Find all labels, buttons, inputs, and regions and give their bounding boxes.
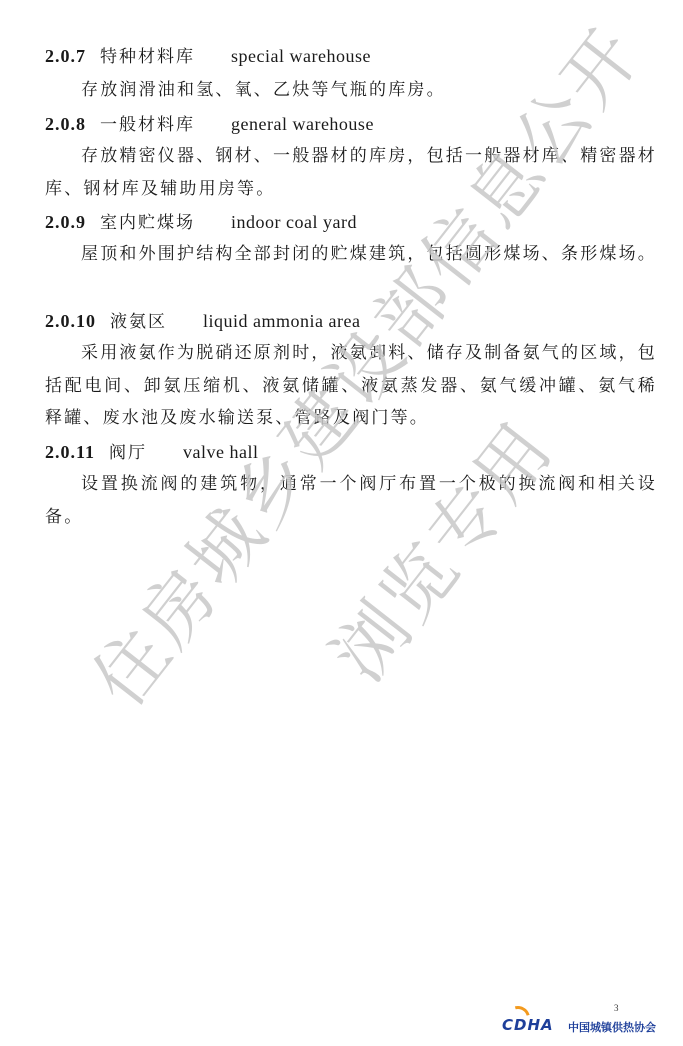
term-en: indoor coal yard (231, 210, 357, 234)
term-en: special warehouse (231, 44, 371, 68)
org-name: 中国城镇供热协会 (568, 1019, 656, 1035)
term-heading-2-0-7: 2.0.7特种材料库special warehouse (45, 44, 371, 69)
logo-text: CDHA (502, 1016, 554, 1034)
clause-number: 2.0.9 (45, 210, 86, 234)
term-en: general warehouse (231, 112, 374, 136)
term-definition: 设置换流阀的建筑物，通常一个阀厅布置一个极的换流阀和相关设备。 (45, 468, 657, 533)
term-heading-2-0-9: 2.0.9室内贮煤场indoor coal yard (45, 210, 357, 235)
term-definition: 存放精密仪器、钢材、一般器材的库房，包括一般器材库、精密器材库、钢材库及辅助用房… (45, 140, 657, 205)
term-definition: 采用液氨作为脱硝还原剂时，液氨卸料、储存及制备氨气的区域，包括配电间、卸氨压缩机… (45, 337, 657, 435)
term-heading-2-0-11: 2.0.11阀厅valve hall (45, 440, 259, 465)
footer-logo: CDHA 中国城镇供热协会 (500, 1006, 656, 1036)
term-zh: 特种材料库 (100, 45, 195, 69)
clause-number: 2.0.8 (45, 112, 86, 136)
page-number: 3 (614, 1003, 619, 1013)
term-zh: 室内贮煤场 (100, 211, 195, 235)
watermark-line2: 浏览专用 (304, 395, 573, 699)
term-definition: 存放润滑油和氢、氧、乙炔等气瓶的库房。 (45, 74, 657, 107)
cdha-logo-icon: CDHA (500, 1006, 560, 1036)
clause-number: 2.0.11 (45, 440, 95, 464)
term-heading-2-0-8: 2.0.8一般材料库general warehouse (45, 112, 374, 137)
clause-number: 2.0.10 (45, 309, 96, 333)
term-en: valve hall (183, 440, 258, 464)
clause-number: 2.0.7 (45, 44, 86, 68)
term-zh: 阀厅 (109, 441, 147, 465)
term-zh: 液氨区 (110, 310, 167, 334)
term-heading-2-0-10: 2.0.10液氨区liquid ammonia area (45, 309, 360, 334)
term-zh: 一般材料库 (100, 113, 195, 137)
term-en: liquid ammonia area (203, 309, 360, 333)
term-definition: 屋顶和外围护结构全部封闭的贮煤建筑，包括圆形煤场、条形煤场。 (45, 238, 657, 271)
